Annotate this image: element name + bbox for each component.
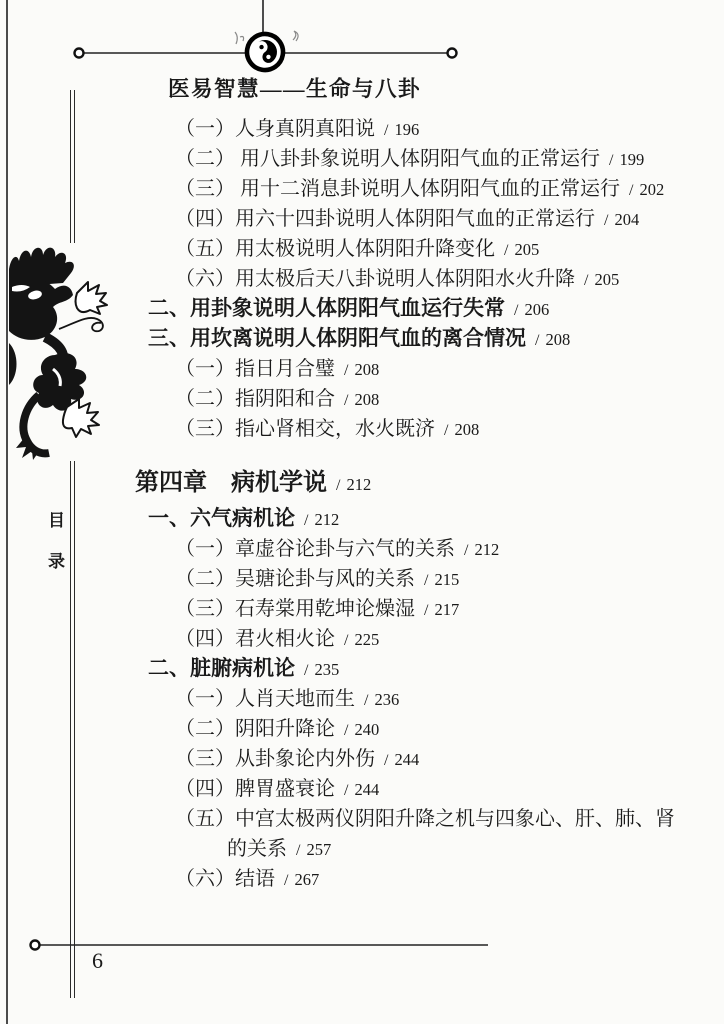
page-number: 6 xyxy=(92,948,103,974)
toc-entry: （二） 用八卦卦象说明人体阴阳气血的正常运行/199 xyxy=(0,144,724,174)
toc-entry: （四）君火相火论/225 xyxy=(0,624,724,654)
toc-entry: （一）人身真阴真阳说/196 xyxy=(0,114,724,144)
toc-entry-text: （二）吴瑭论卦与风的关系 xyxy=(175,568,415,590)
toc-page-number: 236 xyxy=(374,690,399,709)
toc-entry: （二）阴阳升降论/240 xyxy=(0,714,724,744)
toc-entry-text: （四）脾胃盛衰论 xyxy=(175,778,335,800)
toc-section: 第四章 病机学说/212一、六气病机论/212（一）章虚谷论卦与六气的关系/21… xyxy=(0,464,724,894)
toc-entry: 二、脏腑病机论/235 xyxy=(0,654,724,684)
toc-separator: / xyxy=(464,542,468,559)
toc-page-number: 244 xyxy=(394,750,419,769)
toc-separator: / xyxy=(344,722,348,739)
toc-page-number: 205 xyxy=(594,270,619,289)
toc-page-number: 196 xyxy=(394,120,419,139)
toc-separator: / xyxy=(364,692,368,709)
toc-page-number: 235 xyxy=(314,660,339,679)
toc-entry: 的关系/257 xyxy=(0,834,724,864)
toc-entry: 一、六气病机论/212 xyxy=(0,504,724,534)
toc-page-number: 217 xyxy=(434,600,459,619)
toc-separator: / xyxy=(514,302,518,319)
toc-entry-text: （一）人身真阴真阳说 xyxy=(175,118,375,140)
footer-ornament xyxy=(0,935,724,957)
toc-entry: （五）中宫太极两仪阴阳升降之机与四象心、肝、肺、肾 xyxy=(0,804,724,834)
toc-page-number: 208 xyxy=(454,420,479,439)
toc-separator: / xyxy=(424,602,428,619)
toc-entry-text: （一）章虚谷论卦与六气的关系 xyxy=(175,538,455,560)
toc-page-number: 215 xyxy=(434,570,459,589)
toc-entry-text: （一）人肖天地而生 xyxy=(175,688,355,710)
ornament-ring-icon xyxy=(31,941,40,950)
toc-page-number: 267 xyxy=(294,870,319,889)
toc-page-number: 257 xyxy=(306,840,331,859)
toc-entry-text: （二） 用八卦卦象说明人体阴阳气血的正常运行 xyxy=(175,148,600,170)
toc-entry: （三）石寿棠用乾坤论燥湿/217 xyxy=(0,594,724,624)
toc-entry: （四）脾胃盛衰论/244 xyxy=(0,774,724,804)
toc-page-number: 212 xyxy=(346,475,371,494)
toc-entry-text: （二）指阴阳和合 xyxy=(175,388,335,410)
toc-page-number: 244 xyxy=(354,780,379,799)
toc-page-number: 208 xyxy=(354,360,379,379)
ornament-ring-icon xyxy=(448,49,457,58)
toc-page-number: 204 xyxy=(614,210,639,229)
toc-separator: / xyxy=(609,152,613,169)
yin-yang-icon xyxy=(240,27,290,77)
toc-page-number: 206 xyxy=(524,300,549,319)
toc-entry-text: （二）阴阳升降论 xyxy=(175,718,335,740)
toc-entry: （一）章虚谷论卦与六气的关系/212 xyxy=(0,534,724,564)
toc-separator: / xyxy=(535,332,539,349)
toc-separator: / xyxy=(424,572,428,589)
ornament-ring-icon xyxy=(75,49,84,58)
toc-entry-text: （三）从卦象论内外伤 xyxy=(175,748,375,770)
toc-separator: / xyxy=(344,632,348,649)
toc-entry-text: （六）结语 xyxy=(175,868,275,890)
toc-separator: / xyxy=(604,212,608,229)
toc-page-number: 205 xyxy=(514,240,539,259)
toc-page-number: 212 xyxy=(314,510,339,529)
toc-page-number: 212 xyxy=(474,540,499,559)
toc-page-number: 208 xyxy=(354,390,379,409)
toc-entry: （二）吴瑭论卦与风的关系/215 xyxy=(0,564,724,594)
toc-separator: / xyxy=(284,872,288,889)
toc-entry-text: 的关系 xyxy=(227,838,287,860)
toc-page-number: 240 xyxy=(354,720,379,739)
toc-entry: （三） 用十二消息卦说明人体阴阳气血的正常运行/202 xyxy=(0,174,724,204)
toc-separator: / xyxy=(384,122,388,139)
toc-entry-text: 一、六气病机论 xyxy=(148,507,295,530)
toc-separator: / xyxy=(444,422,448,439)
toc-entry-text: 二、用卦象说明人体阴阳气血运行失常 xyxy=(148,297,505,320)
toc-separator: / xyxy=(584,272,588,289)
margin-tab-char: 录 xyxy=(48,547,65,572)
smoke-squiggle-icon xyxy=(293,31,298,41)
toc-separator: / xyxy=(629,182,633,199)
toc-separator: / xyxy=(296,842,300,859)
toc-page-number: 199 xyxy=(619,150,644,169)
toc-entry-text: （四）君火相火论 xyxy=(175,628,335,650)
smoke-squiggle-icon xyxy=(235,32,244,44)
toc-separator: / xyxy=(344,782,348,799)
margin-tab-char: 目 xyxy=(48,506,65,531)
toc-page-number: 225 xyxy=(354,630,379,649)
book-page: 医易智慧——生命与八卦 （一）人身真阴真阳说/196（二） 用八卦卦象说明人体阴… xyxy=(0,0,724,1024)
toc-entry-text: （一）指日月合璧 xyxy=(175,358,335,380)
toc-page-number: 208 xyxy=(545,330,570,349)
margin-tab-toc: 目 录 xyxy=(48,506,65,572)
toc-entry: （三）从卦象论内外伤/244 xyxy=(0,744,724,774)
toc-separator: / xyxy=(304,512,308,529)
toc-separator: / xyxy=(384,752,388,769)
toc-separator: / xyxy=(344,362,348,379)
running-title: 医易智慧——生命与八卦 xyxy=(168,72,421,103)
toc-page-number: 202 xyxy=(639,180,664,199)
toc-entry-text: （五）中宫太极两仪阴阳升降之机与四象心、肝、肺、肾 xyxy=(175,808,675,830)
toc-entry-text: （六）用太极后天八卦说明人体阴阳水火升降 xyxy=(175,268,575,290)
toc-separator: / xyxy=(336,477,340,494)
toc-entry-text: （五）用太极说明人体阴阳升降变化 xyxy=(175,238,495,260)
dragon-icon xyxy=(9,243,118,461)
toc-entry-text: 第四章 病机学说 xyxy=(135,469,327,496)
toc-entry-text: 二、脏腑病机论 xyxy=(148,657,295,680)
toc-separator: / xyxy=(504,242,508,259)
toc-entry-text: （三）石寿棠用乾坤论燥湿 xyxy=(175,598,415,620)
toc-entry-text: 三、用坎离说明人体阴阳气血的离合情况 xyxy=(148,327,526,350)
toc-entry: （六）结语/267 xyxy=(0,864,724,894)
toc-entry-text: （三） 用十二消息卦说明人体阴阳气血的正常运行 xyxy=(175,178,620,200)
toc-entry: 第四章 病机学说/212 xyxy=(0,464,724,504)
toc-entry-text: （四）用六十四卦说明人体阴阳气血的正常运行 xyxy=(175,208,595,230)
toc-separator: / xyxy=(344,392,348,409)
toc-separator: / xyxy=(304,662,308,679)
toc-entry: （一）人肖天地而生/236 xyxy=(0,684,724,714)
toc-entry: （四）用六十四卦说明人体阴阳气血的正常运行/204 xyxy=(0,204,724,234)
toc-entry-text: （三）指心肾相交，水火既济 xyxy=(175,418,435,440)
